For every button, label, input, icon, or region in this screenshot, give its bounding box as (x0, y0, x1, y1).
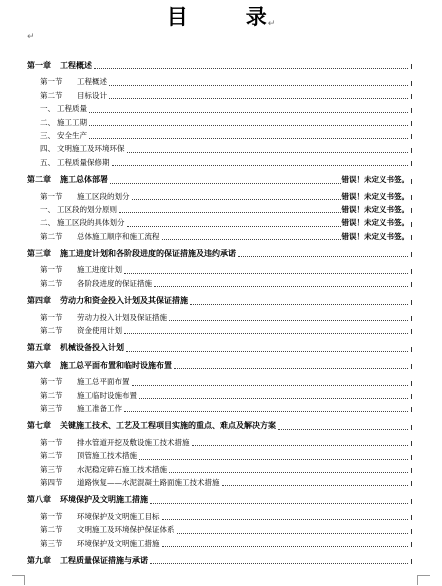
dot-leader (162, 546, 409, 547)
toc-entry-text: 劳动力投入计划及保证措施 (77, 311, 167, 324)
dot-leader (127, 226, 341, 227)
toc-entry-number: 四、 (40, 142, 57, 155)
line-end-mark (411, 499, 412, 504)
error-bookmark-text: 错误！未定义书签。 (342, 173, 410, 186)
toc-entry-number: 第三节 (40, 537, 77, 550)
line-end-mark (411, 208, 412, 213)
toc-entry-text: 施工总平面布置和临时设施布置 (60, 359, 172, 372)
error-bookmark-text: 错误！未定义书签。 (342, 216, 410, 229)
line-end-mark (411, 81, 412, 86)
toc-row: 第二节目标设计 (0, 89, 442, 102)
toc-row: 第一节工程概述 (0, 75, 442, 88)
line-end-mark (411, 252, 412, 257)
dot-leader (127, 152, 409, 153)
toc-entry-number: 第一节 (40, 436, 77, 449)
toc-row: 四、文明施工及环境环保 (0, 142, 442, 155)
dot-leader (132, 199, 341, 200)
toc-entry-text: 施工区段的具体划分 (57, 216, 125, 229)
toc-row: 第三章施工进度计划和各阶段进度的保证措施及违约承诺 (0, 247, 442, 260)
line-end-mark (411, 394, 412, 399)
dot-leader (169, 320, 408, 321)
toc-row: 第四节道路恢复——水泥混凝土路面施工技术措施 (0, 476, 442, 489)
line-end-mark (411, 481, 412, 486)
toc-entry-number: 第五章 (27, 341, 60, 354)
toc-entry-number: 第二章 (27, 173, 60, 186)
dot-leader (150, 503, 408, 504)
toc-row: 第二节总体施工顺序和施工流程错误！未定义书签。 (0, 230, 442, 243)
toc-entry-number: 第三章 (27, 247, 60, 260)
toc-row: 一、工区段的划分原则错误！未定义书签。 (0, 203, 442, 216)
toc-entry-number: 第二节 (40, 89, 77, 102)
dot-leader (109, 98, 408, 99)
toc-row: 二、施工区段的具体划分错误！未定义书签。 (0, 216, 442, 229)
dot-leader (119, 212, 341, 213)
dot-leader (124, 273, 408, 274)
toc-row: 第三节水泥稳定碎石施工技术措施 (0, 463, 442, 476)
toc-entry-number: 第一节 (40, 311, 77, 324)
line-end-mark (411, 468, 412, 473)
toc-entry-number: 第一节 (40, 75, 77, 88)
line-end-mark (411, 269, 412, 274)
toc-entry-text: 施工区段的划分 (77, 190, 130, 203)
dot-leader (154, 286, 408, 287)
title-char-right: 录 (246, 5, 267, 29)
dot-leader (132, 385, 409, 386)
error-bookmark-text: 错误！未定义书签。 (342, 190, 410, 203)
dot-leader (222, 485, 409, 486)
line-end-mark (411, 329, 412, 334)
toc-entry-number: 第二节 (40, 523, 77, 536)
toc-entry-number: 五、 (40, 156, 57, 169)
toc-entry-number: 第二节 (40, 324, 77, 337)
toc-entry-number: 一、 (40, 203, 57, 216)
toc-entry-text: 施工进度计划 (77, 263, 122, 276)
line-end-mark (411, 195, 412, 200)
error-bookmark-text: 错误！未定义书签。 (342, 230, 410, 243)
toc-entry-text: 施工准备工作 (77, 402, 122, 415)
toc-row: 第一节施工区段的划分错误！未定义书签。 (0, 190, 442, 203)
text-boundary-corner-bottom-left (12, 575, 25, 585)
dot-leader (139, 398, 408, 399)
line-end-mark (411, 347, 412, 352)
line-end-mark (411, 282, 412, 287)
toc-entry-number: 第六章 (27, 359, 60, 372)
toc-entry-text: 工区段的划分原则 (57, 203, 117, 216)
toc-entry-text: 道路恢复——水泥混凝土路面施工技术措施 (77, 476, 220, 489)
dot-leader (109, 85, 408, 86)
line-end-mark (411, 407, 412, 412)
line-end-mark (411, 235, 412, 240)
toc-entry-text: 工程概述 (77, 75, 107, 88)
toc-entry-text: 文明施工及环境保护保证体系 (77, 523, 175, 536)
dot-leader (112, 165, 409, 166)
toc-entry-text: 总体施工顺序和施工流程 (77, 230, 160, 243)
toc-row: 第六章施工总平面布置和临时设施布置 (0, 359, 442, 372)
toc-row: 第五章机械设备投入计划 (0, 341, 442, 354)
toc-row: 第八章环境保护及文明施工措施 (0, 493, 442, 506)
toc-entry-text: 劳动力和资金投入计划及其保证措施 (60, 294, 188, 307)
toc-entry-number: 二、 (40, 116, 57, 129)
line-end-mark (411, 441, 412, 446)
toc-row: 第七章关键施工技术、工艺及工程项目实施的重点、难点及解决方案 (0, 419, 442, 432)
toc-entry-text: 机械设备投入计划 (60, 341, 124, 354)
line-end-mark (411, 64, 412, 69)
line-end-mark (411, 455, 412, 460)
dot-leader (238, 256, 408, 257)
toc-entry-number: 二、 (40, 216, 57, 229)
toc-entry-number: 第四章 (27, 294, 60, 307)
toc-entry-number: 第九章 (27, 554, 60, 567)
toc-entry-number: 第三节 (40, 463, 77, 476)
dot-leader (190, 304, 408, 305)
toc-row: 五、工程质量保修期 (0, 156, 442, 169)
toc-entry-number: 第七章 (27, 419, 60, 432)
line-end-mark (411, 559, 412, 564)
dot-leader (89, 138, 408, 139)
dot-leader (126, 351, 408, 352)
dot-leader (162, 239, 341, 240)
toc-entry-number: 一、 (40, 102, 57, 115)
toc-row: 第二节各阶段进度的保证措施 (0, 277, 442, 290)
dot-leader (124, 333, 408, 334)
dot-leader (177, 533, 409, 534)
toc-entry-text: 资金使用计划 (77, 324, 122, 337)
toc-row: 第一节排水管道开挖及敷设施工技术措施 (0, 436, 442, 449)
toc-list: 第一章工程概述第一节工程概述第二节目标设计一、工程质量二、施工工期三、安全生产四… (0, 55, 442, 570)
toc-row: 第二章施工总体部署错误！未定义书签。 (0, 173, 442, 186)
dot-leader (174, 368, 408, 369)
dot-leader (94, 68, 408, 69)
toc-row: 第三节施工准备工作 (0, 402, 442, 415)
toc-entry-text: 环境保护及文明施工措施 (60, 493, 148, 506)
dot-leader (139, 459, 408, 460)
toc-row: 第二节顶管施工技术措施 (0, 449, 442, 462)
paragraph-return-icon: ↵ (27, 32, 35, 42)
toc-row: 第一节施工总平面布置 (0, 375, 442, 388)
toc-entry-number: 第一章 (27, 59, 60, 72)
toc-entry-text: 关键施工技术、工艺及工程项目实施的重点、难点及解决方案 (60, 419, 276, 432)
toc-entry-text: 施工进度计划和各阶段进度的保证措施及违约承诺 (60, 247, 236, 260)
toc-entry-text: 工程概述 (60, 59, 92, 72)
toc-entry-text: 工程质量保修期 (57, 156, 110, 169)
text-boundary-corner-bottom-right (417, 575, 430, 585)
toc-entry-text: 工程质量 (57, 102, 87, 115)
toc-entry-text: 施工总体部署 (60, 173, 108, 186)
dot-leader (150, 563, 408, 564)
toc-entry-number: 第八章 (27, 493, 60, 506)
toc-row: 三、安全生产 (0, 129, 442, 142)
toc-entry-number: 第三节 (40, 402, 77, 415)
toc-row: 一、工程质量 (0, 102, 442, 115)
toc-row: 第二节施工临时设施布置 (0, 389, 442, 402)
toc-row: 第二节文明施工及环境保护保证体系 (0, 523, 442, 536)
toc-entry-text: 环境保护及文明施工目标 (77, 510, 160, 523)
dot-leader (124, 411, 408, 412)
toc-entry-text: 施工总平面布置 (77, 375, 130, 388)
line-end-mark (411, 364, 412, 369)
dot-leader (110, 183, 341, 184)
dot-leader (192, 445, 409, 446)
line-end-mark (411, 222, 412, 227)
toc-row: 第二节资金使用计划 (0, 324, 442, 337)
document-page: 目 录 ↵ ↵ 第一章工程概述第一节工程概述第二节目标设计一、工程质量二、施工工… (0, 0, 442, 586)
toc-entry-text: 文明施工及环境环保 (57, 142, 125, 155)
toc-entry-text: 排水管道开挖及敷设施工技术措施 (77, 436, 190, 449)
line-end-mark (411, 161, 412, 166)
error-bookmark-text: 错误！未定义书签。 (342, 203, 410, 216)
toc-entry-number: 第四节 (40, 476, 77, 489)
toc-entry-number: 第二节 (40, 449, 77, 462)
toc-entry-number: 第一节 (40, 375, 77, 388)
toc-row: 第四章劳动力和资金投入计划及其保证措施 (0, 294, 442, 307)
toc-entry-text: 各阶段进度的保证措施 (77, 277, 152, 290)
document-title: 目 录 ↵ (0, 5, 442, 29)
dot-leader (162, 519, 409, 520)
toc-entry-number: 第一节 (40, 190, 77, 203)
line-end-mark (411, 134, 412, 139)
toc-entry-text: 环境保护及文明施工措施 (77, 537, 160, 550)
toc-entry-text: 工程质量保证措施与承诺 (60, 554, 148, 567)
toc-entry-number: 第一节 (40, 263, 77, 276)
line-end-mark (411, 425, 412, 430)
toc-entry-text: 施工工期 (57, 116, 87, 129)
paragraph-return-icon: ↵ (268, 19, 276, 29)
line-end-mark (411, 300, 412, 305)
line-end-mark (411, 121, 412, 126)
title-char-left: 目 (167, 5, 188, 29)
dot-leader (89, 112, 408, 113)
toc-row: 第三节环境保护及文明施工措施 (0, 537, 442, 550)
toc-row: 第一节施工进度计划 (0, 263, 442, 276)
toc-entry-text: 安全生产 (57, 129, 87, 142)
dot-leader (169, 472, 408, 473)
dot-leader (278, 429, 408, 430)
line-end-mark (411, 381, 412, 386)
toc-entry-number: 第一节 (40, 510, 77, 523)
toc-row: 第一节环境保护及文明施工目标 (0, 510, 442, 523)
line-end-mark (411, 148, 412, 153)
line-end-mark (411, 515, 412, 520)
toc-entry-number: 三、 (40, 129, 57, 142)
line-end-mark (411, 542, 412, 547)
line-end-mark (411, 94, 412, 99)
line-end-mark (411, 108, 412, 113)
toc-row: 第九章工程质量保证措施与承诺 (0, 554, 442, 567)
line-end-mark (411, 529, 412, 534)
toc-entry-number: 第二节 (40, 230, 77, 243)
toc-entry-text: 顶管施工技术措施 (77, 449, 137, 462)
line-end-mark (411, 179, 412, 184)
toc-row: 二、施工工期 (0, 116, 442, 129)
line-end-mark (411, 316, 412, 321)
toc-entry-text: 水泥稳定碎石施工技术措施 (77, 463, 167, 476)
toc-row: 第一节劳动力投入计划及保证措施 (0, 311, 442, 324)
toc-row: 第一章工程概述 (0, 59, 442, 72)
toc-entry-number: 第二节 (40, 277, 77, 290)
toc-entry-text: 目标设计 (77, 89, 107, 102)
toc-entry-text: 施工临时设施布置 (77, 389, 137, 402)
toc-entry-number: 第二节 (40, 389, 77, 402)
dot-leader (89, 125, 408, 126)
